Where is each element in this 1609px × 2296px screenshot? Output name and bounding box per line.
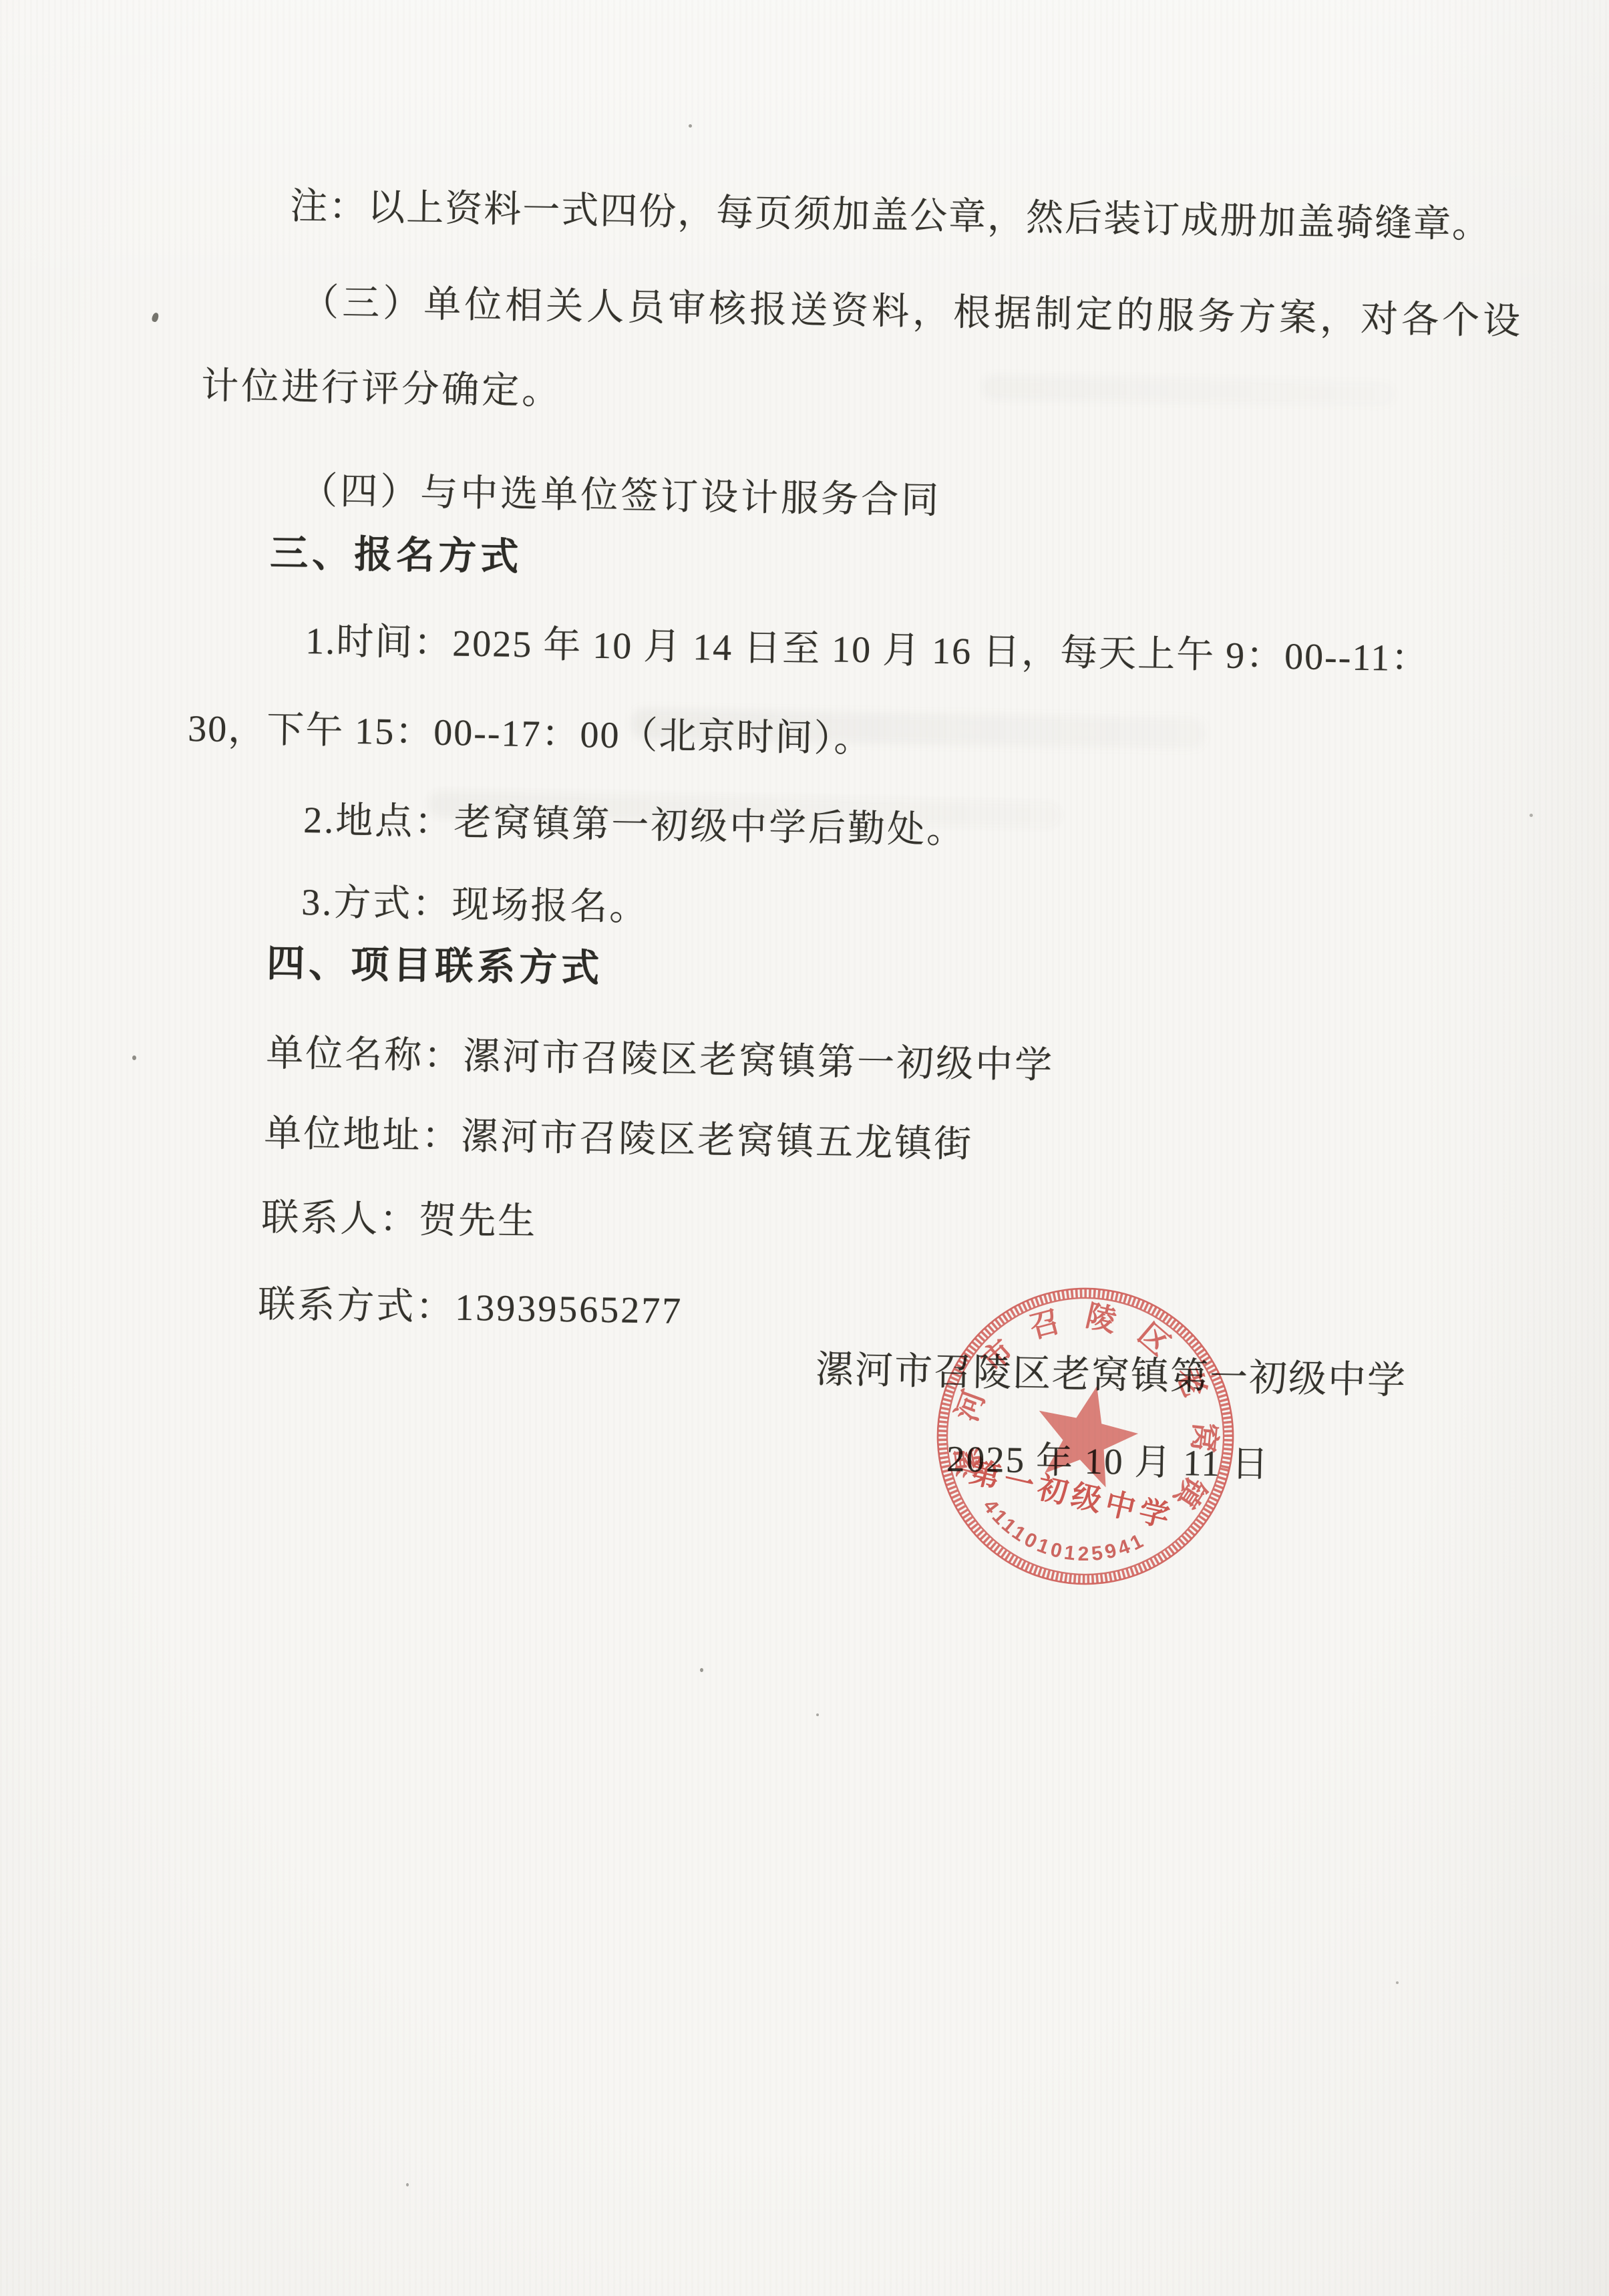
scan-smudge — [982, 375, 1397, 407]
item-three-line-2: 计位进行评分确定。 — [201, 356, 562, 415]
signature-organization: 漯河市召陵区老窝镇第一初级中学 — [815, 1339, 1407, 1405]
section-3-heading: 三、报名方式 — [270, 522, 523, 581]
scan-speck — [132, 1055, 136, 1060]
scan-speck — [689, 124, 692, 128]
time-line-1: 1.时间：2025 年 10 月 14 日至 10 月 16 日，每天上午 9：… — [305, 611, 1430, 682]
note-line: 注：以上资料一式四份，每页须加盖公章，然后装订成册加盖骑缝章。 — [290, 176, 1491, 249]
scan-speck — [406, 2183, 409, 2186]
contact-phone-line: 联系方式：13939565277 — [258, 1275, 683, 1335]
scan-speck — [151, 312, 160, 323]
scanned-document-page: 漯河市召陵区老窝镇 第一初级中学 4111010125941 注：以上资料一式四… — [0, 0, 1609, 2296]
scan-speck — [816, 1713, 819, 1716]
scan-speck — [1396, 1981, 1399, 1984]
scan-speck — [1530, 814, 1533, 817]
org-name-line: 单位名称：漯河市召陵区老窝镇第一初级中学 — [266, 1023, 1055, 1090]
signature-date: 2025 年 10 月 11 日 — [946, 1429, 1270, 1487]
method-line: 3.方式：现场报名。 — [301, 872, 649, 931]
section-4-heading: 四、项目联系方式 — [266, 933, 604, 993]
time-line-2: 30，下午 15：00--17：00（北京时间）。 — [188, 699, 873, 763]
org-address-line: 单位地址：漯河市召陵区老窝镇五龙镇街 — [264, 1104, 974, 1168]
scan-speck — [700, 1668, 703, 1672]
item-three-line-1: （三）单位相关人员审核报送资料，根据制定的服务方案，对各个设 — [301, 273, 1524, 345]
location-line: 2.地点：老窝镇第一初级中学后勤处。 — [303, 790, 966, 854]
contact-person-line: 联系人：贺先生 — [261, 1188, 538, 1245]
item-four-line: （四）与中选单位签订设计服务合同 — [300, 461, 942, 524]
